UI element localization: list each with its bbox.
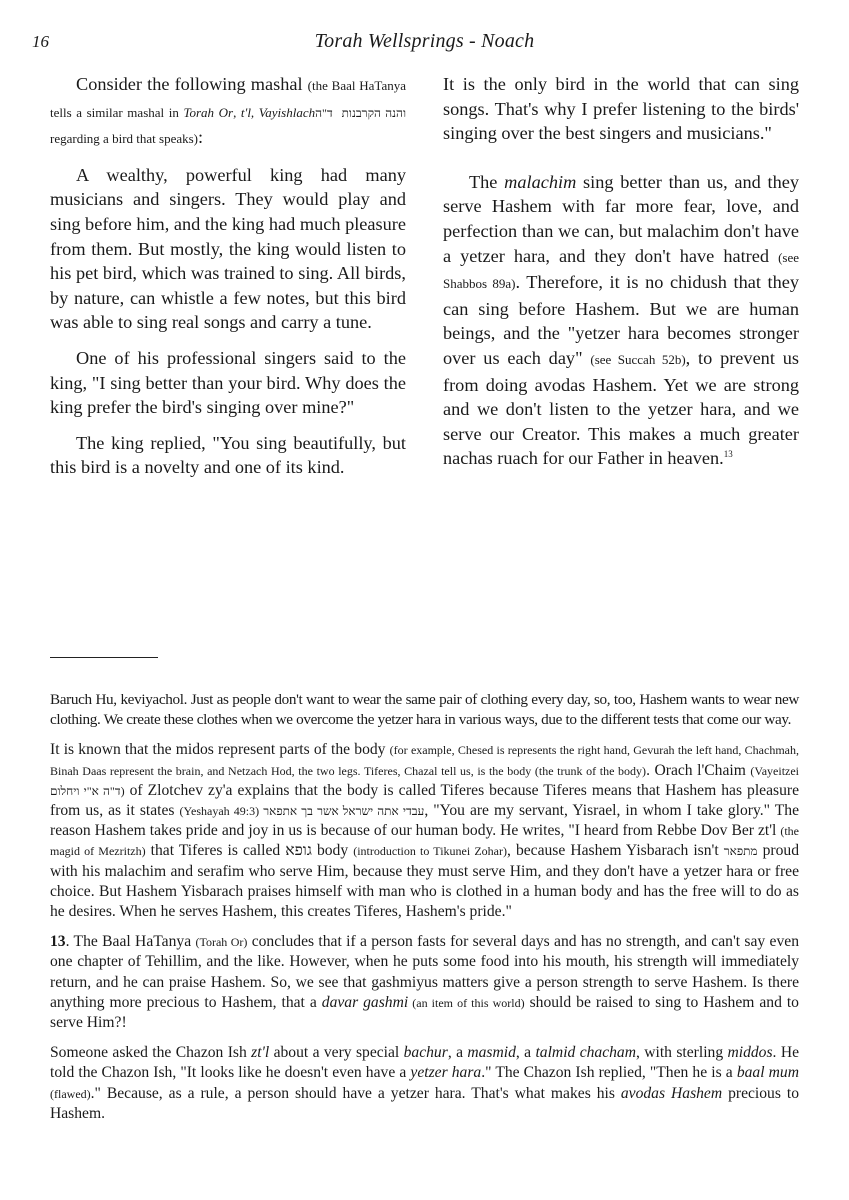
text: It is known that the midos represent par… <box>50 741 390 758</box>
text: : <box>198 127 203 147</box>
text: . Orach l'Chaim <box>646 762 750 779</box>
book-reference: t'l, Vayishlach <box>241 105 315 120</box>
footnote-separator <box>50 657 158 658</box>
spacer <box>443 157 799 170</box>
text: , a <box>448 1044 468 1061</box>
right-column: It is the only bird in the world that ca… <box>443 72 799 482</box>
italic-term: zt'l <box>251 1044 269 1061</box>
footnote-continuation: Baruch Hu, keviyachol. Just as people do… <box>50 690 799 730</box>
text: , with sterling <box>636 1044 728 1061</box>
footnotes-section: Baruch Hu, keviyachol. Just as people do… <box>50 690 799 1134</box>
running-title: Torah Wellsprings - Noach <box>0 30 849 53</box>
italic-term: avodas Hashem <box>621 1085 722 1102</box>
hebrew-text: ד"ה <box>315 106 337 120</box>
text: that Tiferes is called <box>146 842 286 859</box>
text: . The Baal HaTanya <box>66 933 196 950</box>
hebrew-text: והנה הקרבנות <box>342 106 406 120</box>
paragraph-king-reply-cont: It is the only bird in the world that ca… <box>443 72 799 146</box>
text: , a <box>516 1044 536 1061</box>
text: regarding a bird that speaks) <box>50 131 198 146</box>
text: The <box>469 172 504 192</box>
footnote-chazon-ish: Someone asked the Chazon Ish zt'l about … <box>50 1043 799 1124</box>
footnote-midos: It is known that the midos represent par… <box>50 740 799 922</box>
source-citation: (Torah Or) <box>195 935 247 949</box>
italic-term: bachur <box>404 1044 448 1061</box>
source-citation: (see Succah 52b) <box>590 352 685 367</box>
italic-term: malachim <box>504 172 576 192</box>
source-citation: (introduction to Tikunei Zohar) <box>353 844 507 858</box>
paragraph-king-story: A wealthy, powerful king had many musici… <box>50 163 406 335</box>
italic-term: yetzer hara <box>410 1064 481 1081</box>
text: ." Because, as a rule, a person should h… <box>91 1085 621 1102</box>
text: Consider the following mashal <box>76 74 308 94</box>
italic-term: talmid chacham <box>535 1044 636 1061</box>
italic-term: middos <box>727 1044 772 1061</box>
italic-term: davar gashmi <box>322 994 408 1011</box>
hebrew-text: גופא <box>285 842 312 859</box>
hebrew-text: ד"ה א"י ויחלום <box>50 784 121 798</box>
paragraph-king-reply: The king replied, "You sing beautifully,… <box>50 431 406 480</box>
italic-term: masmid <box>467 1044 516 1061</box>
footnote-marker[interactable]: 13 <box>724 449 733 459</box>
source-citation: (an item of this world) <box>408 996 524 1010</box>
text: about a very special <box>269 1044 403 1061</box>
text: , because Hashem Yisbarach isn't <box>507 842 724 859</box>
italic-term: baal mum <box>737 1064 799 1081</box>
footnote-number: 13 <box>50 933 66 950</box>
footnote-13: 13. The Baal HaTanya (Torah Or) conclude… <box>50 932 799 1033</box>
paragraph-singer-question: One of his professional singers said to … <box>50 346 406 420</box>
hebrew-verse: עבדי אתה ישראל אשר בך אתפאר <box>263 804 424 818</box>
book-title: Torah Or <box>183 105 233 120</box>
text: ." The Chazon Ish replied, "Then he is a <box>481 1064 737 1081</box>
text: Someone asked the Chazon Ish <box>50 1044 251 1061</box>
source-citation: (flawed) <box>50 1087 91 1101</box>
left-column: Consider the following mashal (the Baal … <box>50 72 406 491</box>
text: , <box>233 105 241 120</box>
hebrew-text: מתפאר <box>724 844 758 858</box>
source-citation: (Yeshayah 49:3) <box>180 804 264 818</box>
paragraph-malachim: The malachim sing better than us, and th… <box>443 170 799 471</box>
page-header: 16 Torah Wellsprings - Noach <box>0 30 849 60</box>
text: body <box>312 842 353 859</box>
source-citation: (Vayeitzei <box>750 764 799 778</box>
paragraph-mashal-intro: Consider the following mashal (the Baal … <box>50 72 406 152</box>
